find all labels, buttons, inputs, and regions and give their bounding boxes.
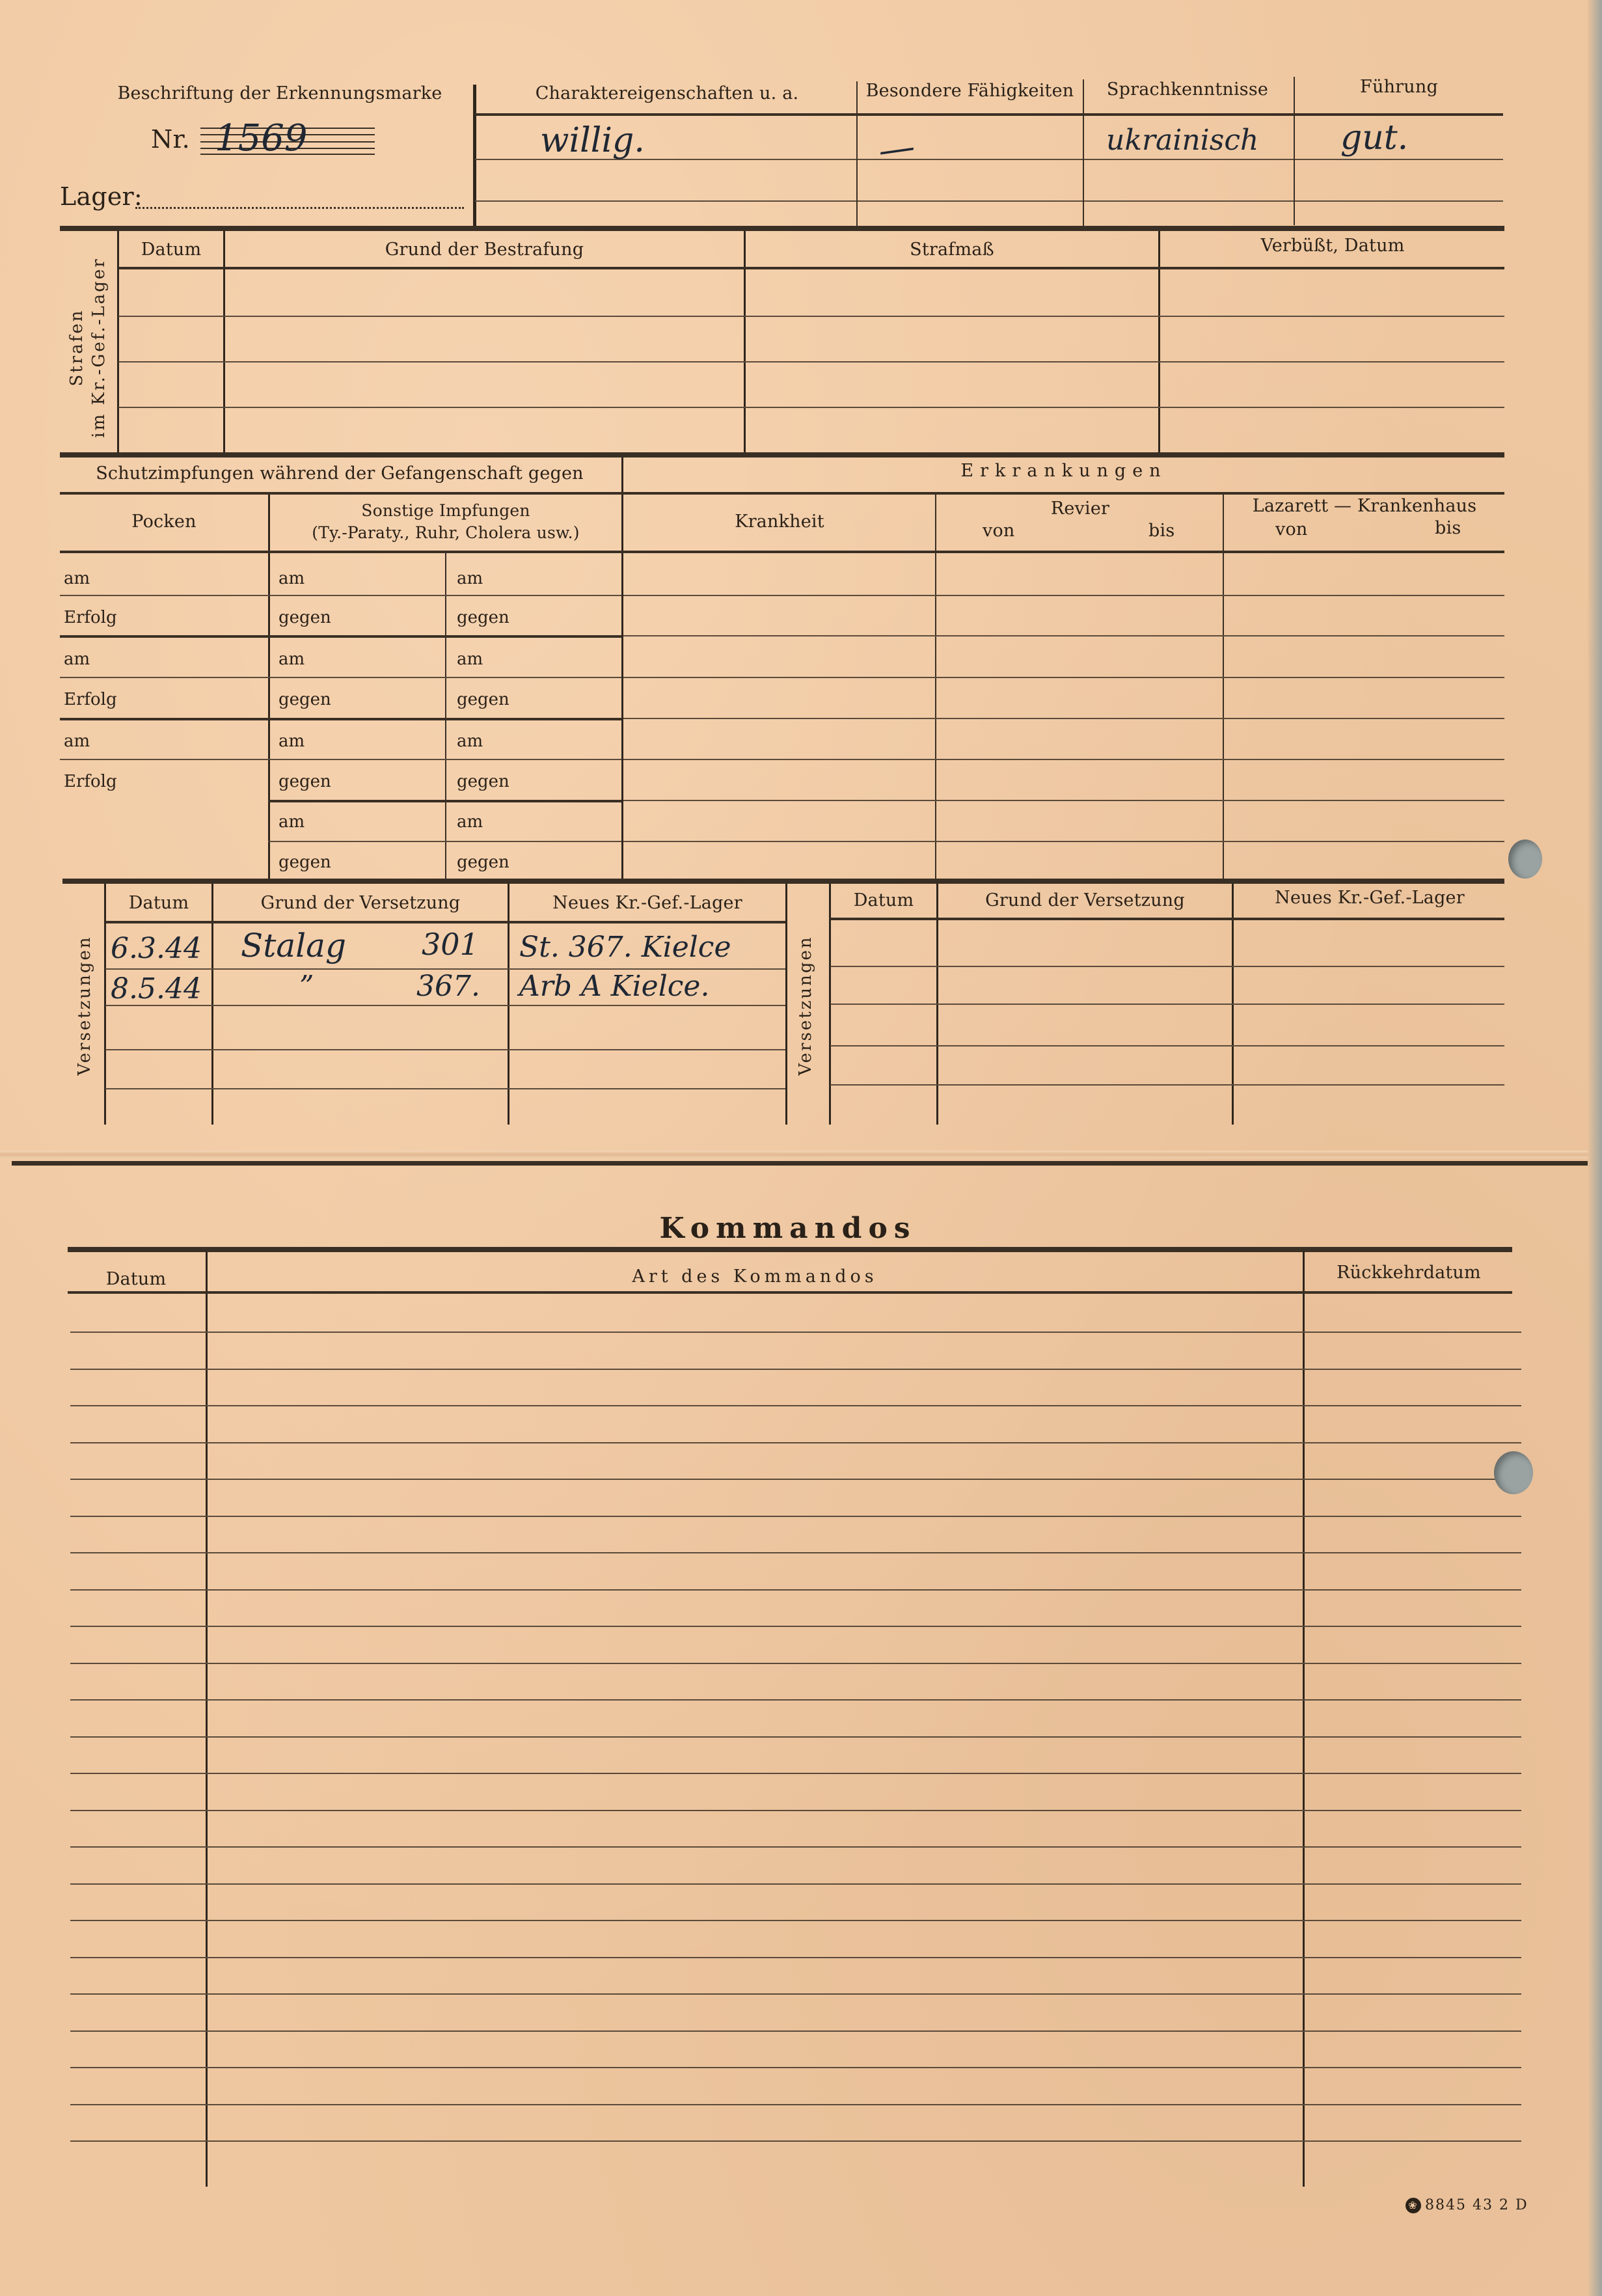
krankheit-label: Krankheit xyxy=(623,512,936,532)
kommandos-row[interactable] xyxy=(70,2104,1521,2105)
card-fold xyxy=(0,1151,1602,1158)
strafen-header-rule xyxy=(118,267,1504,269)
vers-left-col-grund: Grund der Versetzung xyxy=(213,893,508,913)
erkrankung-row[interactable] xyxy=(623,800,1504,801)
vers-left-row-line xyxy=(105,1049,785,1050)
sonstige-am[interactable]: am xyxy=(278,731,305,751)
pocken-erfolg[interactable]: Erfolg xyxy=(64,690,117,709)
strafen-col-grund: Grund der Bestrafung xyxy=(225,239,744,260)
vers-row2-lager[interactable]: Arb A Kielce. xyxy=(519,970,709,1003)
kommandos-row[interactable] xyxy=(70,1699,1521,1701)
printer-mark-icon: ❀ xyxy=(1405,2198,1421,2213)
sonstige-am[interactable]: am xyxy=(457,569,483,588)
pocken-label: Pocken xyxy=(60,512,268,532)
kommandos-row[interactable] xyxy=(70,1405,1521,1406)
sonstige-gegen[interactable]: gegen xyxy=(278,608,331,627)
kommandos-row[interactable] xyxy=(70,1920,1521,1921)
impf-row-line xyxy=(60,759,621,760)
fold-rule xyxy=(12,1161,1599,1166)
versetzungen-left-side-label: Versetzungen xyxy=(75,934,94,1077)
erkennungsmarke-label: Beschriftung der Erkennungsmarke xyxy=(98,83,462,103)
kommandos-row[interactable] xyxy=(70,1552,1521,1553)
punch-hole xyxy=(1508,840,1542,879)
sonstige-am[interactable]: am xyxy=(278,569,305,588)
col-divider xyxy=(856,81,858,226)
erkrankung-row[interactable] xyxy=(623,718,1504,719)
kommandos-row[interactable] xyxy=(70,2140,1521,2142)
strafen-row[interactable] xyxy=(118,361,1504,362)
faehigkeiten-value[interactable]: — xyxy=(876,125,918,172)
kommandos-row[interactable] xyxy=(70,1993,1521,1995)
impfungen-subrule xyxy=(60,492,1504,495)
strafen-row[interactable] xyxy=(118,407,1504,408)
strafen-divider xyxy=(744,231,746,452)
vers-right-col-lager: Neues Kr.-Gef.-Lager xyxy=(1234,888,1506,908)
vers-row1-grund[interactable]: Stalag xyxy=(241,927,346,964)
sprachen-value[interactable]: ukrainisch xyxy=(1106,124,1258,157)
strafen-col-verbuesst: Verbüßt, Datum xyxy=(1160,236,1505,256)
col-sprachen-label: Sprachkenntnisse xyxy=(1083,79,1292,100)
vers-right-row[interactable] xyxy=(830,1045,1504,1046)
charakter-value[interactable]: willig. xyxy=(540,121,645,160)
kommandos-header-rule xyxy=(68,1291,1512,1294)
kommandos-top-rule xyxy=(68,1247,1512,1252)
strafen-top-rule xyxy=(60,226,1504,231)
print-code-text: 8845 43 2 D xyxy=(1425,2197,1528,2213)
kommandos-col-art: Art des Kommandos xyxy=(208,1266,1301,1287)
sonstige-am[interactable]: am xyxy=(457,731,483,751)
versetzungen-divider xyxy=(785,884,787,1125)
pocken-am[interactable]: am xyxy=(64,731,90,751)
sonstige-label-2: (Ty.-Paraty., Ruhr, Cholera usw.) xyxy=(270,523,621,542)
sonstige-gegen[interactable]: gegen xyxy=(457,772,509,791)
strafen-row[interactable] xyxy=(118,316,1504,317)
lager-label: Lager: xyxy=(60,182,143,211)
impfungen-header-rule xyxy=(60,551,1504,553)
erkrankungen-title: Erkrankungen xyxy=(623,461,1504,481)
header-rule xyxy=(475,113,1503,116)
vers-left-row-line xyxy=(105,1005,785,1006)
lager-field[interactable] xyxy=(135,207,464,209)
revier-label: Revier xyxy=(937,499,1223,519)
kommandos-row[interactable] xyxy=(70,1626,1521,1627)
header-divider xyxy=(473,85,476,228)
erkrankung-row[interactable] xyxy=(623,595,1504,596)
vers-row2-grund-nr[interactable]: 367. xyxy=(416,970,480,1003)
vers-row2-datum[interactable]: 8.5.44 xyxy=(111,972,202,1005)
vers-right-row[interactable] xyxy=(830,1004,1504,1005)
col-divider xyxy=(1083,79,1084,226)
pocken-am[interactable]: am xyxy=(64,649,90,669)
kommandos-row[interactable] xyxy=(70,1736,1521,1738)
versetzungen-top-rule xyxy=(62,879,1504,884)
sonstige-gegen[interactable]: gegen xyxy=(457,608,509,627)
impf-row-line xyxy=(60,677,621,678)
print-code: ❀8845 43 2 D xyxy=(1405,2197,1528,2213)
impfungen-title: Schutzimpfungen während der Gefangenscha… xyxy=(60,463,619,484)
sonstige-am[interactable]: am xyxy=(457,812,483,832)
vers-left-col-datum: Datum xyxy=(106,893,211,913)
kommandos-row[interactable] xyxy=(70,1810,1521,1811)
sonstige-gegen[interactable]: gegen xyxy=(278,690,331,709)
header-line xyxy=(475,200,1503,202)
kommandos-row[interactable] xyxy=(70,1846,1521,1848)
sonstige-am[interactable]: am xyxy=(278,649,305,669)
kommandos-divider xyxy=(1303,1251,1305,2187)
kommandos-row[interactable] xyxy=(70,1883,1521,1885)
erkrankung-row[interactable] xyxy=(623,759,1504,760)
vers-left-header-rule xyxy=(105,921,785,923)
vers-right-row[interactable] xyxy=(830,1084,1504,1086)
kommandos-row[interactable] xyxy=(70,1773,1521,1774)
kommandos-row[interactable] xyxy=(70,1332,1521,1333)
impf-row-line xyxy=(60,595,621,596)
strafen-divider xyxy=(117,231,119,452)
col-charakter-label: Charaktereigenschaften u. a. xyxy=(478,83,856,103)
vers-row1-datum[interactable]: 6.3.44 xyxy=(111,932,202,965)
sonstige-label-1: Sonstige Impfungen xyxy=(270,501,621,520)
kommandos-title: Kommandos xyxy=(0,1212,1602,1245)
kommandos-row[interactable] xyxy=(70,1516,1521,1517)
pocken-am[interactable]: am xyxy=(64,569,90,588)
vers-right-col-grund: Grund der Versetzung xyxy=(938,890,1232,910)
impfungen-subdivider xyxy=(445,553,446,879)
sonstige-gegen[interactable]: gegen xyxy=(278,853,331,872)
impf-group-rule xyxy=(60,635,621,638)
vers-row1-grund-nr[interactable]: 301 xyxy=(422,927,479,962)
kommandos-row[interactable] xyxy=(70,1479,1521,1480)
kommandos-col-rueckkehr: Rückkehrdatum xyxy=(1305,1263,1512,1283)
strafen-col-strafmass: Strafmaß xyxy=(746,239,1158,260)
erkrankung-row[interactable] xyxy=(623,635,1504,636)
sonstige-gegen[interactable]: gegen xyxy=(457,853,509,872)
vers-right-header-rule xyxy=(830,918,1504,920)
kommandos-row[interactable] xyxy=(70,1442,1521,1443)
vers-row2-grund[interactable]: ” xyxy=(299,970,314,1003)
sonstige-gegen[interactable]: gegen xyxy=(278,772,331,791)
lazarett-bis: bis xyxy=(1435,518,1461,538)
kommandos-row[interactable] xyxy=(70,2067,1521,2068)
strafen-divider xyxy=(223,231,225,452)
nr-value[interactable]: 1569 xyxy=(215,117,308,159)
strafen-col-datum: Datum xyxy=(119,239,223,260)
kommandos-divider xyxy=(206,1252,208,2187)
fuehrung-value[interactable]: gut. xyxy=(1340,118,1408,157)
punch-hole xyxy=(1494,1451,1533,1494)
kommandos-row[interactable] xyxy=(70,1663,1521,1664)
lazarett-label: Lazarett — Krankenhaus xyxy=(1225,496,1504,516)
sonstige-am[interactable]: am xyxy=(457,649,483,669)
vers-left-col-lager: Neues Kr.-Gef.-Lager xyxy=(509,893,785,913)
kommandos-row[interactable] xyxy=(70,1957,1521,1958)
vers-right-col-datum: Datum xyxy=(831,890,936,910)
vers-left-row-line xyxy=(105,1088,785,1089)
impf-group-rule xyxy=(60,718,621,720)
sonstige-am[interactable]: am xyxy=(278,812,305,832)
col-divider xyxy=(1294,77,1295,225)
revier-bis: bis xyxy=(1148,521,1174,541)
lazarett-von: von xyxy=(1275,519,1308,540)
sonstige-gegen[interactable]: gegen xyxy=(457,690,509,709)
kommandos-row[interactable] xyxy=(70,2030,1521,2032)
card-edge xyxy=(1588,0,1602,2296)
kommandos-col-datum: Datum xyxy=(68,1269,204,1289)
kommandos-row[interactable] xyxy=(70,1589,1521,1591)
strafen-side-label: Strafen im Kr.-Gef.-Lager xyxy=(66,247,110,448)
impf-group-rule xyxy=(268,800,621,802)
impf-row-line xyxy=(268,841,621,842)
pocken-erfolg[interactable]: Erfolg xyxy=(64,772,117,791)
erkrankung-row[interactable] xyxy=(623,841,1504,842)
pocken-erfolg[interactable]: Erfolg xyxy=(64,608,117,627)
versetzungen-right-side-label: Versetzungen xyxy=(796,934,815,1077)
revier-von: von xyxy=(983,521,1015,541)
col-faehigkeiten-label: Besondere Fähigkeiten xyxy=(858,81,1082,101)
impfungen-top-rule xyxy=(60,452,1504,458)
vers-row1-lager[interactable]: St. 367. Kielce xyxy=(519,931,731,964)
nr-label: Nr. xyxy=(151,125,190,154)
col-fuehrung-label: Führung xyxy=(1295,77,1503,97)
kommandos-row[interactable] xyxy=(70,1369,1521,1370)
erkrankung-row[interactable] xyxy=(623,677,1504,678)
vers-right-row[interactable] xyxy=(830,966,1504,967)
strafen-divider xyxy=(1158,231,1160,452)
